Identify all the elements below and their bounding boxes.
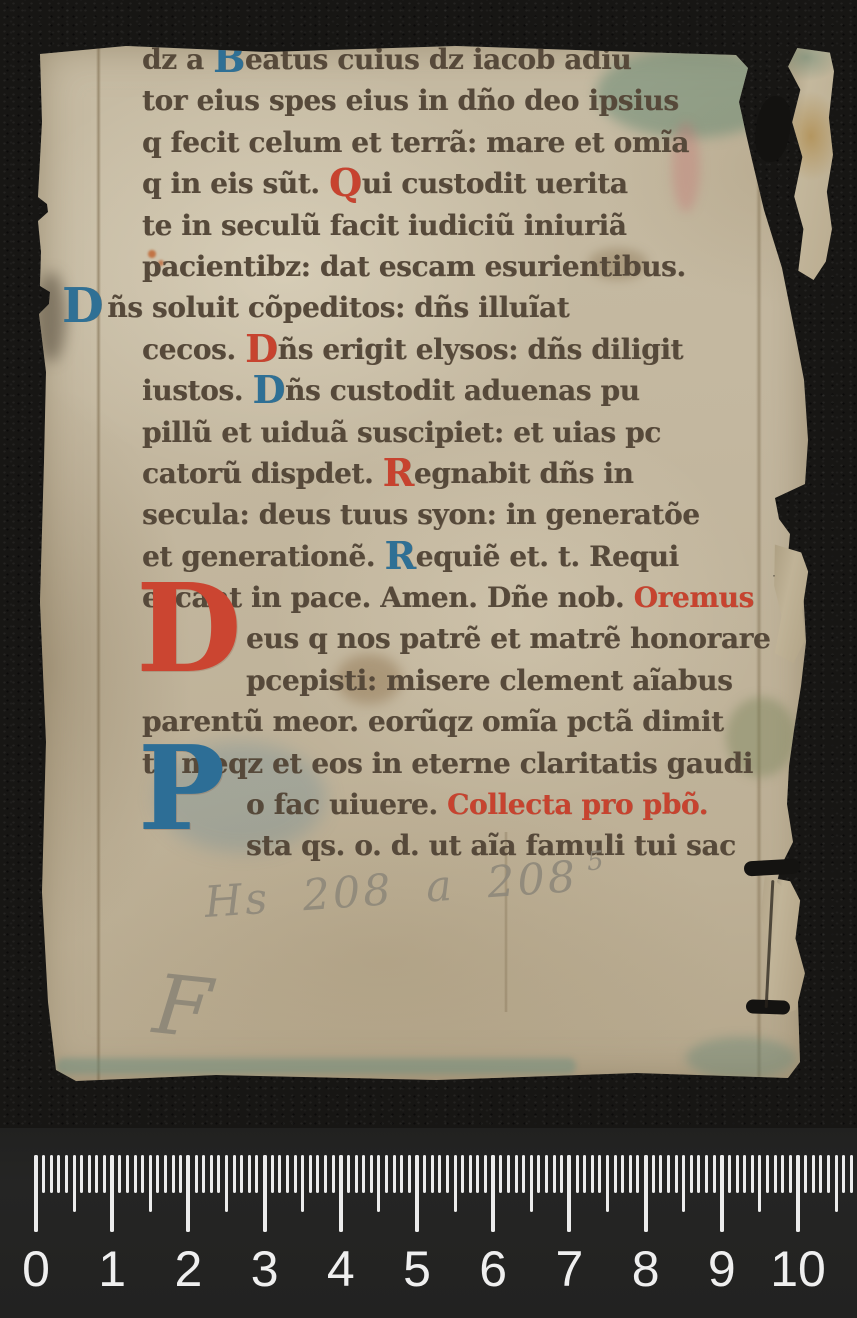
ruler-tick — [576, 1155, 579, 1193]
ruler-number: 8 — [632, 1240, 660, 1298]
ruler-tick — [469, 1155, 472, 1193]
text-line: secula: deus tuus syon: in generatõe — [142, 494, 742, 535]
ruler-tick — [80, 1155, 83, 1193]
ruler-tick — [34, 1155, 38, 1232]
ruler-tick — [850, 1155, 853, 1193]
text-segment: pacientibz: dat escam esurientibus. — [142, 250, 686, 283]
ruler-tick — [598, 1155, 601, 1193]
ruler-tick — [567, 1155, 571, 1232]
ruler-tick — [614, 1155, 617, 1193]
ruler-tick — [454, 1155, 457, 1212]
shelfmark-superscript: 5 — [586, 846, 608, 877]
ruler-tick — [728, 1155, 731, 1193]
ruler-tick — [324, 1155, 327, 1193]
ruler-tick — [766, 1155, 769, 1193]
ruler-tick — [339, 1155, 343, 1232]
ruler-tick — [309, 1155, 312, 1193]
ruler-tick — [179, 1155, 182, 1193]
ruler-tick — [362, 1155, 365, 1193]
text-segment: o fac uiuere. — [246, 788, 447, 821]
ruler-tick — [484, 1155, 487, 1193]
ruler-tick — [347, 1155, 350, 1193]
manuscript-text: dz a Beatus cuius dz iacob adiutor eius … — [142, 39, 742, 867]
text-segment: R — [383, 450, 414, 495]
text-segment: dz a — [142, 43, 213, 76]
ruler-number: 0 — [22, 1240, 50, 1298]
ruler-tick — [217, 1155, 220, 1193]
ruler-number: 3 — [251, 1240, 279, 1298]
ruler-tick — [225, 1155, 228, 1212]
ruler-tick — [415, 1155, 419, 1232]
ruler-tick — [156, 1155, 159, 1193]
text-line: parentũ meor. eorũqz omĩa pctã dimit — [142, 701, 742, 742]
text-segment: D — [252, 367, 285, 412]
text-segment: q in eis sũt. — [142, 167, 329, 200]
text-segment: eus q nos patrẽ et matrẽ honorare — [246, 622, 770, 655]
ruler-tick — [705, 1155, 708, 1193]
ruler-tick — [720, 1155, 724, 1232]
ruler-tick — [690, 1155, 693, 1193]
text-segment: egnabit dñs in — [414, 457, 634, 490]
vertical-crease — [756, 42, 762, 1085]
ruler-tick — [240, 1155, 243, 1193]
text-segment: cecos. — [142, 333, 245, 366]
ruler-tick — [842, 1155, 845, 1193]
text-segment: catorũ dispdet. — [142, 457, 383, 490]
text-line: tor eius spes eius in dño deo ipsius — [142, 80, 742, 121]
text-line: q in eis sũt. Qui custodit uerita — [142, 163, 742, 204]
text-segment: equiẽ et. t. Requi — [416, 540, 679, 573]
ruler-tick — [736, 1155, 739, 1193]
text-segment: tor eius spes eius in dño deo ipsius — [142, 84, 679, 117]
ruler-tick — [629, 1155, 632, 1193]
ruler-tick — [172, 1155, 175, 1193]
text-segment: ui custodit uerita — [362, 167, 628, 200]
ruler-number: 10 — [770, 1240, 826, 1298]
ruler-tick — [332, 1155, 335, 1193]
text-line: catorũ dispdet. Regnabit dñs in — [142, 453, 742, 494]
text-segment: R — [384, 533, 415, 578]
text-line: te meqz et eos in eterne claritatis gaud… — [142, 743, 742, 784]
ruler-tick — [591, 1155, 594, 1193]
ruler-tick — [667, 1155, 670, 1193]
ruler-tick — [530, 1155, 533, 1212]
ruler-tick — [507, 1155, 510, 1193]
text-line: o fac uiuere. Collecta pro pbõ. — [142, 784, 742, 825]
text-line: dz a Beatus cuius dz iacob adiu — [142, 39, 742, 80]
ruler-tick — [827, 1155, 830, 1193]
ruler-tick — [583, 1155, 586, 1193]
manuscript-leaf: dz a Beatus cuius dz iacob adiutor eius … — [36, 42, 810, 1085]
ruler-tick — [393, 1155, 396, 1193]
ruler-tick — [697, 1155, 700, 1193]
ruler-tick — [438, 1155, 441, 1193]
ruler-tick — [621, 1155, 624, 1193]
ruler-tick — [644, 1155, 648, 1232]
ruler-tick — [408, 1155, 411, 1193]
ruler-tick — [370, 1155, 373, 1193]
text-segment: Collecta pro pbõ. — [447, 788, 708, 821]
ruler-tick — [65, 1155, 68, 1193]
ruler-tick — [50, 1155, 53, 1193]
text-segment: ñs soluit cõpeditos: dñs illuĩat — [107, 291, 569, 324]
text-segment: D — [245, 326, 278, 371]
text-line: te in seculũ facit iudiciũ iniuriã — [142, 205, 742, 246]
ruler-tick — [202, 1155, 205, 1193]
ruler-tick — [263, 1155, 267, 1232]
ruler-tick — [248, 1155, 251, 1193]
ruler-tick — [774, 1155, 777, 1193]
ruler-number: 9 — [708, 1240, 736, 1298]
pencil-corner-mark: F — [149, 957, 216, 1057]
ruler-tick — [537, 1155, 540, 1193]
ruler-tick — [255, 1155, 258, 1193]
ruler-number: 7 — [555, 1240, 583, 1298]
ruler-tick — [141, 1155, 144, 1193]
ruler-tick — [278, 1155, 281, 1193]
ruler-number: 1 — [98, 1240, 126, 1298]
ruler-number: 4 — [327, 1240, 355, 1298]
text-segment: iustos. — [142, 374, 252, 407]
text-segment: ñs erigit elysos: dñs diligit — [278, 333, 683, 366]
ruler-tick — [758, 1155, 761, 1212]
ruler-tick — [186, 1155, 190, 1232]
text-segment: pcepisti: misere clement aĩabus — [246, 664, 732, 697]
text-line: q fecit celum et terrã: mare et omĩa — [142, 122, 742, 163]
ruler-tick — [271, 1155, 274, 1193]
ruler-tick — [812, 1155, 815, 1193]
ruler-number: 6 — [479, 1240, 507, 1298]
ruler-tick — [606, 1155, 609, 1212]
stain-teal-corner — [686, 1037, 796, 1079]
ruler-tick — [195, 1155, 198, 1193]
torn-flap-top-right — [783, 48, 834, 280]
photo-scene: dz a Beatus cuius dz iacob adiutor eius … — [0, 0, 857, 1318]
ruler-tick — [446, 1155, 449, 1193]
ruler-tick — [476, 1155, 479, 1193]
text-segment: Q — [329, 160, 362, 205]
text-line: Dñs soluit cõpeditos: dñs illuĩat — [142, 287, 742, 328]
ruler-tick — [149, 1155, 152, 1212]
text-segment: te meqz et eos in eterne claritatis gaud… — [142, 747, 753, 780]
text-segment: B — [213, 36, 245, 81]
ruler-tick — [301, 1155, 304, 1212]
ruler-tick — [118, 1155, 121, 1193]
ruler-tick — [164, 1155, 167, 1193]
ruler-tick — [499, 1155, 502, 1193]
ruler-tick — [103, 1155, 106, 1193]
text-segment: eatus cuius dz iacob adiu — [245, 43, 631, 76]
ruler-tick — [781, 1155, 784, 1193]
ruler-tick — [95, 1155, 98, 1193]
ruler-tick — [134, 1155, 137, 1193]
ruler-tick — [682, 1155, 685, 1212]
ruler-tick — [652, 1155, 655, 1193]
text-segment: D — [62, 278, 103, 334]
initial-d-red: D — [136, 578, 242, 678]
ruler-tick — [88, 1155, 91, 1193]
ruler-tick — [385, 1155, 388, 1193]
text-segment: ñs custodit aduenas pu — [285, 374, 640, 407]
text-line: iustos. Dñs custodit aduenas pu — [142, 370, 742, 411]
ruler-tick — [515, 1155, 518, 1193]
ruler-tick — [804, 1155, 807, 1193]
ruler-tick — [110, 1155, 114, 1232]
tear-hole — [752, 94, 795, 164]
text-line: pillũ et uiduã suscipiet: et uias pc — [142, 412, 742, 453]
ruler-number: 2 — [174, 1240, 202, 1298]
ruler-number: 5 — [403, 1240, 431, 1298]
ruler-tick — [743, 1155, 746, 1193]
ruler-tick — [355, 1155, 358, 1193]
text-segment: q fecit celum et terrã: mare et omĩa — [142, 126, 689, 159]
ruler-tick — [659, 1155, 662, 1193]
ruler-tick — [553, 1155, 556, 1193]
text-segment: pillũ et uiduã suscipiet: et uias pc — [142, 416, 661, 449]
tear-slit — [744, 859, 801, 877]
ruler-tick — [545, 1155, 548, 1193]
ruler-tick — [751, 1155, 754, 1193]
measuring-ruler: 012345678910 — [0, 1128, 857, 1318]
ruler-tick — [675, 1155, 678, 1193]
ruler-tick — [796, 1155, 800, 1232]
initial-p-blue: P — [138, 742, 225, 837]
ruler-tick — [461, 1155, 464, 1193]
ruler-tick — [789, 1155, 792, 1193]
ruler-tick — [57, 1155, 60, 1193]
ruler-tick — [491, 1155, 495, 1232]
vertical-crease — [96, 42, 101, 1085]
ruler-tick — [423, 1155, 426, 1193]
ruler-tick — [377, 1155, 380, 1212]
ruler-tick — [522, 1155, 525, 1193]
ruler-tick — [316, 1155, 319, 1193]
stain-teal-bottom — [56, 1058, 576, 1074]
ruler-tick — [713, 1155, 716, 1193]
text-line: pacientibz: dat escam esurientibus. — [142, 246, 742, 287]
ruler-tick — [835, 1155, 838, 1212]
ruler-tick — [210, 1155, 213, 1193]
ruler-tick — [126, 1155, 129, 1193]
ruler-tick — [73, 1155, 76, 1212]
text-segment: secula: deus tuus syon: in generatõe — [142, 498, 700, 531]
ruler-tick — [42, 1155, 45, 1193]
text-line: cecos. Dñs erigit elysos: dñs diligit — [142, 329, 742, 370]
text-segment: te in seculũ facit iudiciũ iniuriã — [142, 209, 626, 242]
text-segment: Oremus — [634, 581, 754, 614]
ruler-tick — [636, 1155, 639, 1193]
ruler-tick — [819, 1155, 822, 1193]
ruler-tick — [431, 1155, 434, 1193]
ruler-tick — [233, 1155, 236, 1193]
ruler-tick — [286, 1155, 289, 1193]
tear-slit — [746, 999, 790, 1015]
ruler-tick — [560, 1155, 563, 1193]
ruler-tick — [294, 1155, 297, 1193]
ruler-tick — [400, 1155, 403, 1193]
text-segment: parentũ meor. eorũqz omĩa pctã dimit — [142, 705, 724, 738]
